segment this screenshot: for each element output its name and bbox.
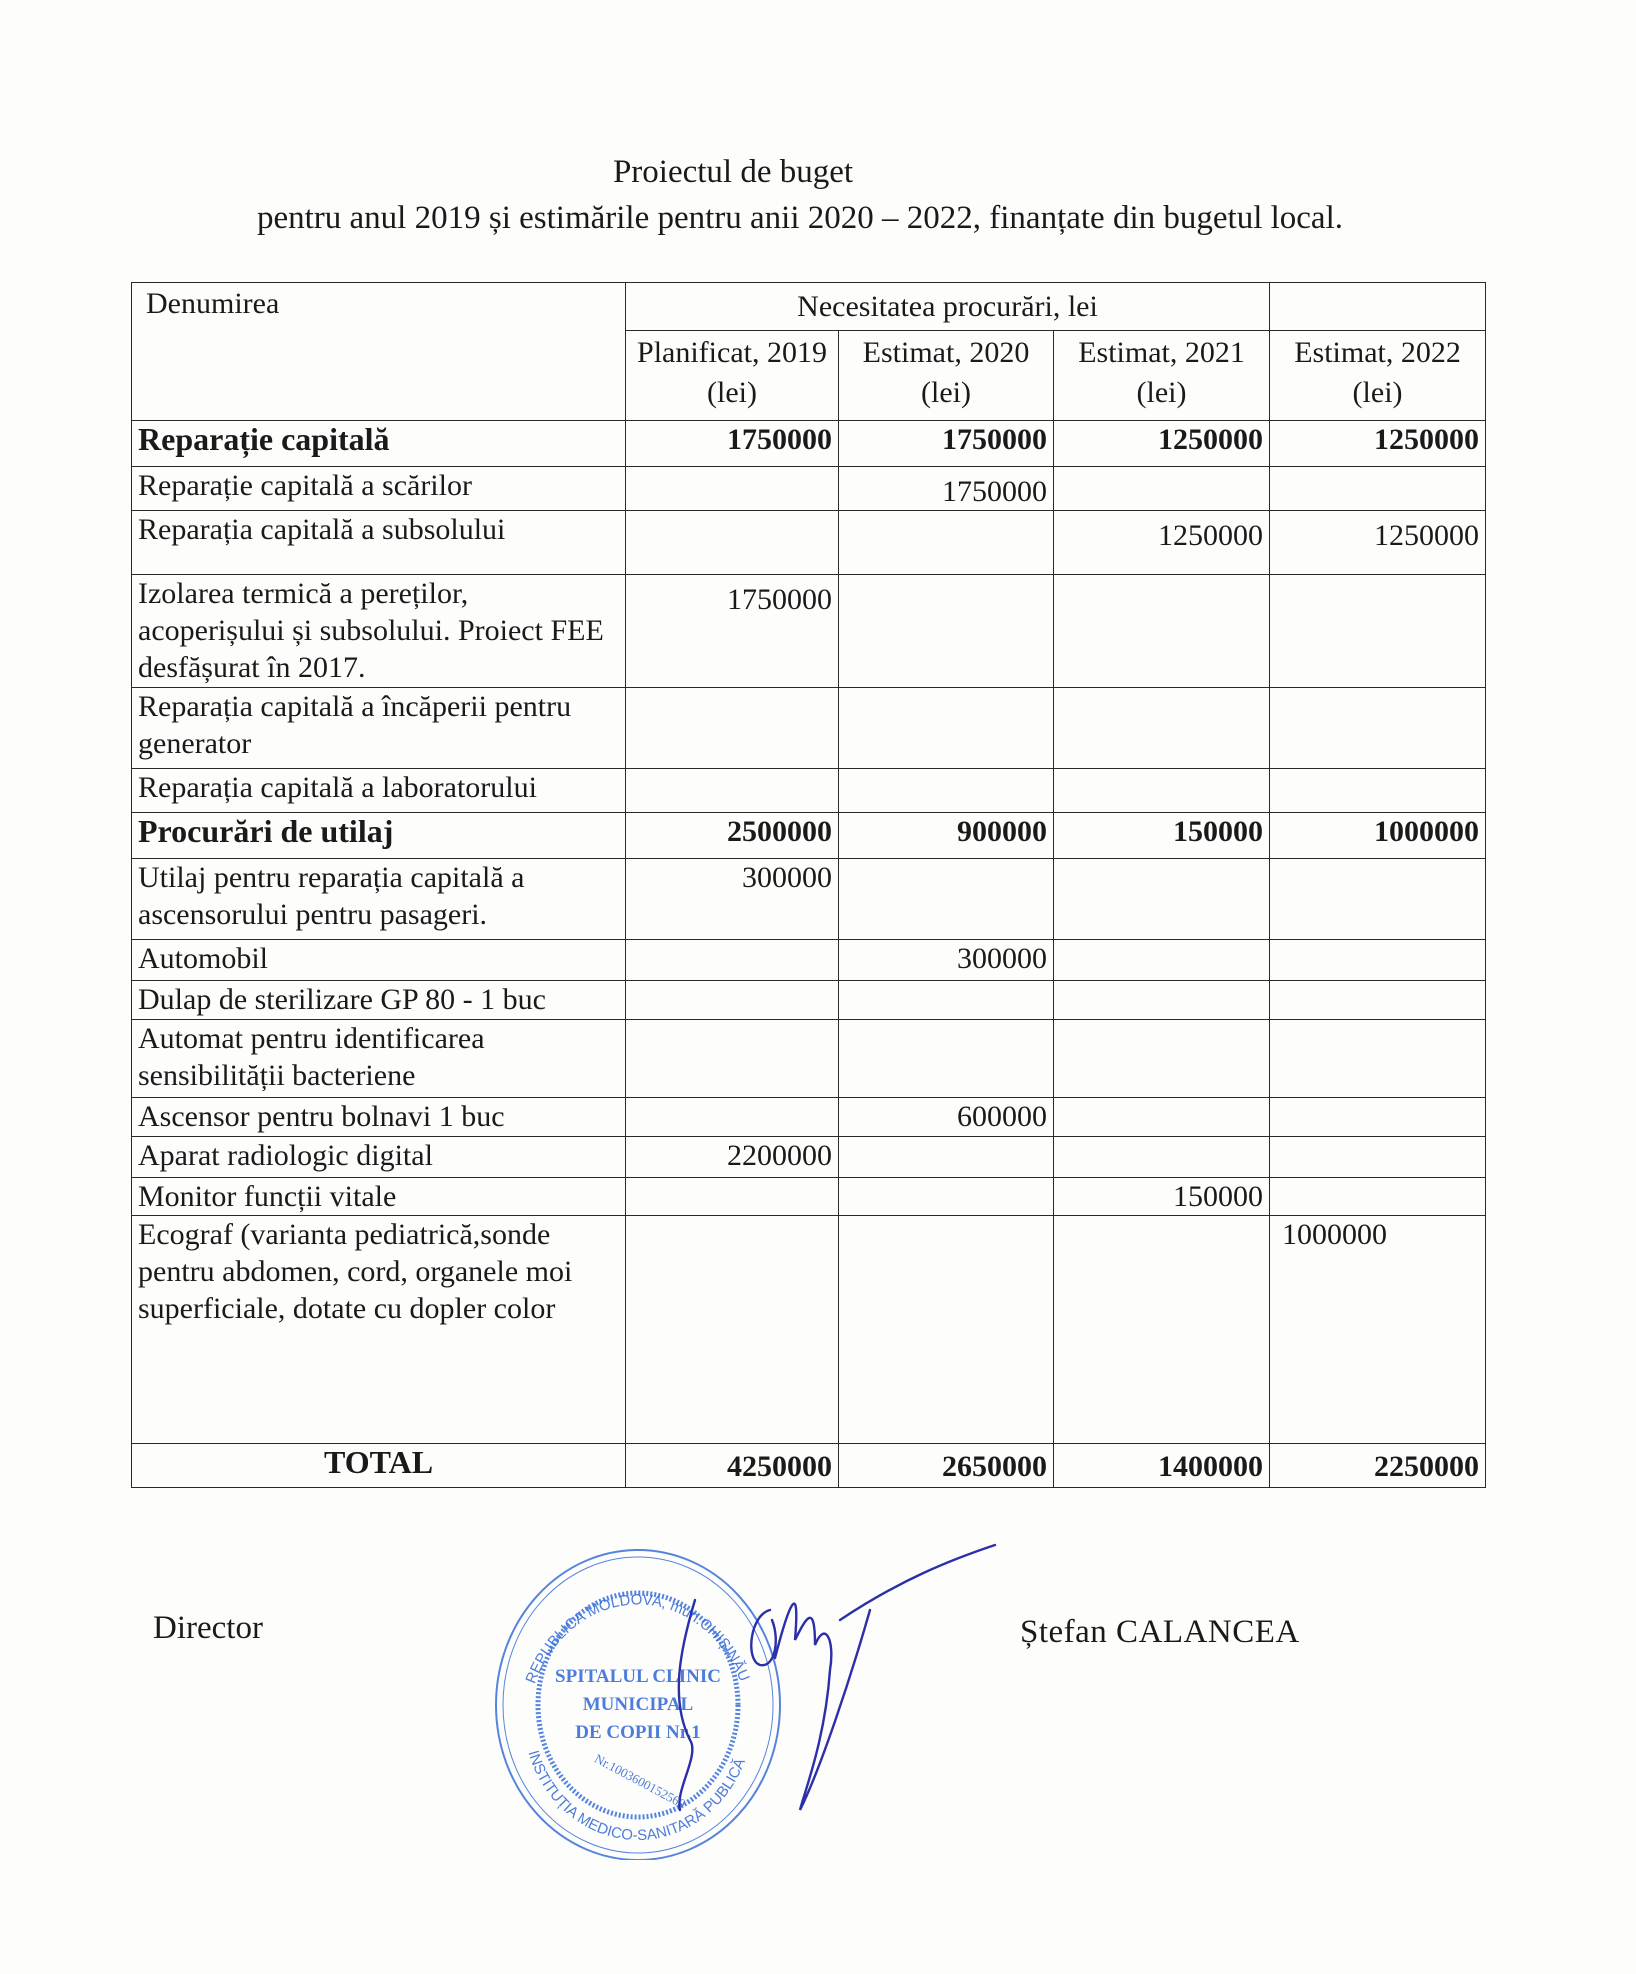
cell-value <box>1054 940 1270 981</box>
cell-value <box>626 467 839 511</box>
cell-value: 2500000 <box>626 813 839 859</box>
cell-value <box>1270 467 1486 511</box>
cell-value <box>839 575 1054 688</box>
header-col-2022: Estimat, 2022 (lei) <box>1270 331 1486 421</box>
cell-value <box>626 1020 839 1098</box>
cell-value <box>839 981 1054 1020</box>
cell-value <box>1054 575 1270 688</box>
document-subtitle: pentru anul 2019 și estimările pentru an… <box>0 200 1618 237</box>
cell-value <box>1054 1098 1270 1137</box>
cell-value <box>1054 859 1270 940</box>
total-value: 4250000 <box>626 1444 839 1488</box>
header-col-2021: Estimat, 2021 (lei) <box>1054 331 1270 421</box>
header-row-1: Denumirea Necesitatea procurări, lei <box>132 283 1486 331</box>
cell-value: 900000 <box>839 813 1054 859</box>
row-name: Dulap de sterilizare GP 80 - 1 buc <box>132 981 626 1020</box>
cell-value: 150000 <box>1054 1178 1270 1216</box>
cell-value: 300000 <box>626 859 839 940</box>
budget-table: Denumirea Necesitatea procurări, lei Pla… <box>131 282 1486 1488</box>
cell-value <box>1270 859 1486 940</box>
table-row: Monitor funcții vitale150000 <box>132 1178 1486 1216</box>
row-name: Automobil <box>132 940 626 981</box>
row-name: Reparație capitală a scărilor <box>132 467 626 511</box>
header-col-2020: Estimat, 2020 (lei) <box>839 331 1054 421</box>
cell-value <box>626 1098 839 1137</box>
table-row: Reparația capitală a subsolului125000012… <box>132 511 1486 575</box>
cell-value <box>626 1178 839 1216</box>
cell-value: 1750000 <box>839 467 1054 511</box>
cell-value: 1250000 <box>1270 421 1486 467</box>
cell-value <box>839 688 1054 769</box>
cell-value <box>626 511 839 575</box>
cell-value <box>839 769 1054 813</box>
header-group-label: Necesitatea procurări, lei <box>626 283 1270 331</box>
row-name: Aparat radiologic digital <box>132 1137 626 1178</box>
cell-value <box>626 769 839 813</box>
cell-value <box>626 688 839 769</box>
cell-value <box>1054 1216 1270 1444</box>
total-value: 1400000 <box>1054 1444 1270 1488</box>
cell-value <box>626 1216 839 1444</box>
cell-value <box>1054 769 1270 813</box>
cell-value <box>1270 940 1486 981</box>
table-row: Automobil300000 <box>132 940 1486 981</box>
total-label: TOTAL <box>132 1444 626 1488</box>
cell-value: 1250000 <box>1054 511 1270 575</box>
signature-role: Director <box>153 1610 263 1647</box>
cell-value <box>1270 981 1486 1020</box>
table-row: Utilaj pentru reparația capitală a ascen… <box>132 859 1486 940</box>
table-row: Izolarea termică a pereților, acoperișul… <box>132 575 1486 688</box>
cell-value <box>1054 688 1270 769</box>
cell-value <box>1054 1020 1270 1098</box>
table-row: Automat pentru identificarea sensibilită… <box>132 1020 1486 1098</box>
cell-value: 1000000 <box>1270 813 1486 859</box>
cell-value <box>1054 981 1270 1020</box>
header-col-2019: Planificat, 2019 (lei) <box>626 331 839 421</box>
table-row: Dulap de sterilizare GP 80 - 1 buc <box>132 981 1486 1020</box>
cell-value <box>1054 467 1270 511</box>
cell-value <box>1270 575 1486 688</box>
cell-value: 1250000 <box>1270 511 1486 575</box>
table-row: Ascensor pentru bolnavi 1 buc600000 <box>132 1098 1486 1137</box>
cell-value: 1000000 <box>1270 1216 1486 1444</box>
row-name: Reparația capitală a subsolului <box>132 511 626 575</box>
section-row: Reparație capitală1750000175000012500001… <box>132 421 1486 467</box>
total-value: 2250000 <box>1270 1444 1486 1488</box>
row-name: Reparația capitală a încăperii pentru ge… <box>132 688 626 769</box>
cell-value <box>1270 688 1486 769</box>
cell-value <box>1270 769 1486 813</box>
header-empty-cell <box>1270 283 1486 331</box>
cell-value <box>1054 1137 1270 1178</box>
cell-value <box>1270 1137 1486 1178</box>
cell-value: 300000 <box>839 940 1054 981</box>
table-row: Reparația capitală a încăperii pentru ge… <box>132 688 1486 769</box>
cell-value <box>1270 1020 1486 1098</box>
cell-value: 1750000 <box>626 421 839 467</box>
cell-value: 600000 <box>839 1098 1054 1137</box>
signatory-name: Ștefan CALANCEA <box>1020 1614 1300 1651</box>
row-name: Procurări de utilaj <box>132 813 626 859</box>
cell-value <box>626 981 839 1020</box>
cell-value: 1750000 <box>839 421 1054 467</box>
cell-value <box>626 940 839 981</box>
table-row: Reparația capitală a laboratorului <box>132 769 1486 813</box>
total-value: 2650000 <box>839 1444 1054 1488</box>
cell-value <box>839 859 1054 940</box>
cell-value <box>1270 1178 1486 1216</box>
cell-value <box>839 1020 1054 1098</box>
cell-value: 2200000 <box>626 1137 839 1178</box>
cell-value <box>1270 1098 1486 1137</box>
cell-value: 1250000 <box>1054 421 1270 467</box>
cell-value <box>839 1216 1054 1444</box>
document-title: Proiectul de buget <box>0 154 1551 191</box>
cell-value <box>839 1137 1054 1178</box>
section-row: Procurări de utilaj250000090000015000010… <box>132 813 1486 859</box>
table-row: Aparat radiologic digital2200000 <box>132 1137 1486 1178</box>
total-row: TOTAL4250000265000014000002250000 <box>132 1444 1486 1488</box>
row-name: Ascensor pentru bolnavi 1 buc <box>132 1098 626 1137</box>
header-name-col: Denumirea <box>132 283 626 421</box>
cell-value: 150000 <box>1054 813 1270 859</box>
row-name: Izolarea termică a pereților, acoperișul… <box>132 575 626 688</box>
row-name: Ecograf (varianta pediatrică,sonde pentr… <box>132 1216 626 1444</box>
cell-value <box>839 1178 1054 1216</box>
row-name: Utilaj pentru reparația capitală a ascen… <box>132 859 626 940</box>
handwritten-signature-icon <box>600 1540 1020 1840</box>
cell-value: 1750000 <box>626 575 839 688</box>
row-name: Automat pentru identificarea sensibilită… <box>132 1020 626 1098</box>
table-row: Reparație capitală a scărilor1750000 <box>132 467 1486 511</box>
table-row: Ecograf (varianta pediatrică,sonde pentr… <box>132 1216 1486 1444</box>
cell-value <box>839 511 1054 575</box>
row-name: Reparația capitală a laboratorului <box>132 769 626 813</box>
row-name: Reparație capitală <box>132 421 626 467</box>
row-name: Monitor funcții vitale <box>132 1178 626 1216</box>
